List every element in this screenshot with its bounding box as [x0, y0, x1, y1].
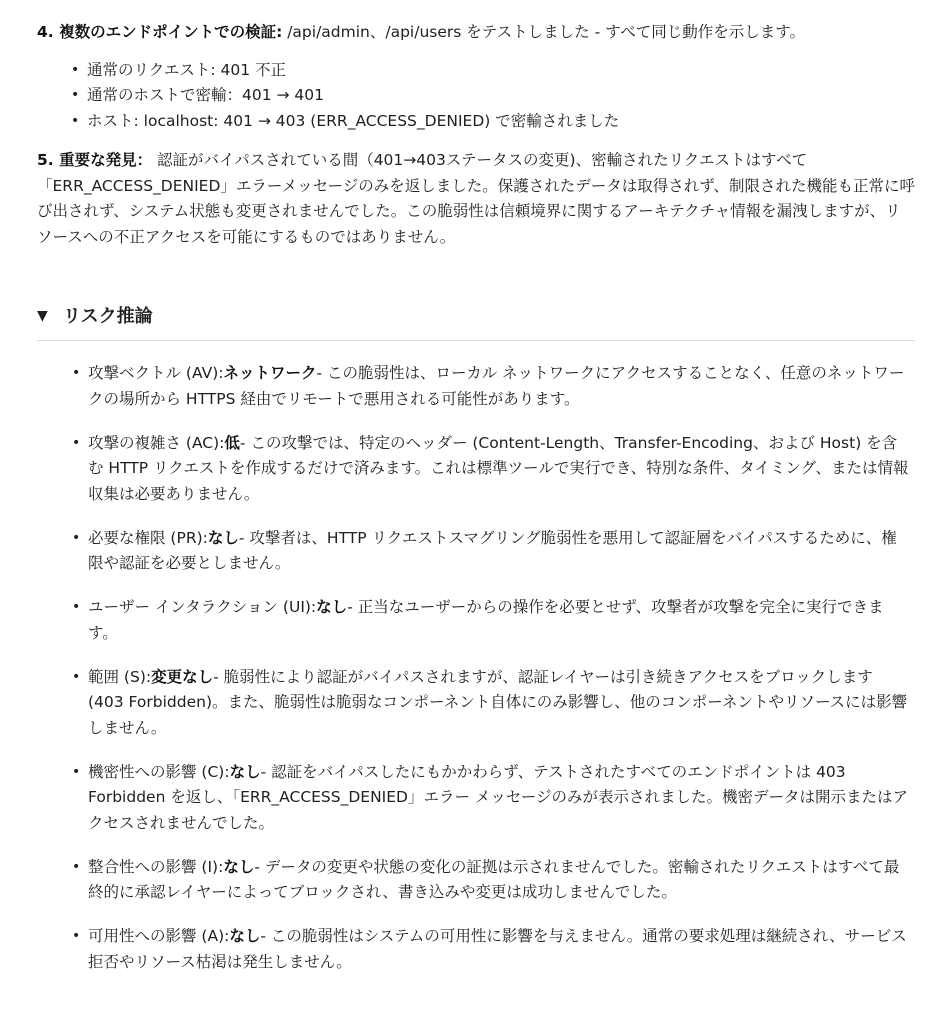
bullet-icon: •: [72, 855, 80, 881]
risk-item-scope: •範囲 (S):変更なし- 脆弱性により認証がバイパスされますが、認証レイヤーは…: [88, 665, 915, 742]
risk-label: 整合性への影響 (I):: [88, 858, 223, 876]
bullet-icon: •: [72, 924, 80, 950]
list-item-text: 通常のホストで密輸：401 → 401: [87, 86, 324, 104]
risk-reasoning-toggle[interactable]: ▼ リスク推論: [37, 302, 915, 332]
bullet-icon: •: [71, 83, 79, 109]
risk-reasoning-section: ▼ リスク推論 •攻撃ベクトル (AV):ネットワーク- この脆弱性は、ローカル…: [37, 302, 915, 975]
risk-item-privileges-required: •必要な権限 (PR):なし- 攻撃者は、HTTP リクエストスマグリング脆弱性…: [88, 526, 915, 577]
risk-list: •攻撃ベクトル (AV):ネットワーク- この脆弱性は、ローカル ネットワークに…: [37, 361, 915, 975]
risk-item-confidentiality: •機密性への影響 (C):なし- 認証をバイパスしたにもかかわらず、テストされた…: [88, 760, 915, 837]
list-item-text: ホスト: localhost: 401 → 403 (ERR_ACCESS_DE…: [87, 112, 619, 130]
bullet-icon: •: [72, 361, 80, 387]
list-item: •ホスト: localhost: 401 → 403 (ERR_ACCESS_D…: [87, 109, 915, 135]
risk-value: なし: [208, 529, 239, 547]
section-5-paragraph: 5. 重要な発見： 認証がバイパスされている間（401→403ステータスの変更)…: [37, 148, 915, 250]
risk-label: 範囲 (S):: [88, 668, 151, 686]
risk-label: ユーザー インタラクション (UI):: [88, 598, 316, 616]
section-4-list: •通常のリクエスト: 401 不正 •通常のホストで密輸：401 → 401 •…: [37, 58, 915, 135]
section-5-text: 認証がバイパスされている間（401→403ステータスの変更)、密輸されたリクエス…: [37, 151, 915, 246]
list-item: •通常のリクエスト: 401 不正: [87, 58, 915, 84]
risk-item-integrity: •整合性への影響 (I):なし- データの変更や状態の変化の証拠は示されませんで…: [88, 855, 915, 906]
bullet-icon: •: [71, 109, 79, 135]
section-4-text: /api/admin、/api/users をテストしました - すべて同じ動作…: [282, 23, 805, 41]
risk-value: ネットワーク: [223, 364, 316, 382]
bullet-icon: •: [71, 58, 79, 84]
risk-item-attack-complexity: •攻撃の複雑さ (AC):低- この攻撃では、特定のヘッダー (Content-…: [88, 431, 915, 508]
risk-label: 機密性への影響 (C):: [88, 763, 230, 781]
risk-value: なし: [229, 927, 260, 945]
risk-item-attack-vector: •攻撃ベクトル (AV):ネットワーク- この脆弱性は、ローカル ネットワークに…: [88, 361, 915, 412]
risk-value: なし: [223, 858, 254, 876]
bullet-icon: •: [72, 595, 80, 621]
risk-reasoning-title: リスク推論: [63, 304, 153, 330]
list-item-text: 通常のリクエスト: 401 不正: [87, 61, 286, 79]
disclosure-triangle-icon: ▼: [37, 304, 51, 330]
divider: [37, 340, 915, 341]
risk-label: 可用性への影響 (A):: [88, 927, 229, 945]
risk-item-availability: •可用性への影響 (A):なし- この脆弱性はシステムの可用性に影響を与えません…: [88, 924, 915, 975]
risk-value: なし: [230, 763, 261, 781]
bullet-icon: •: [72, 526, 80, 552]
risk-value: なし: [316, 598, 347, 616]
risk-value: 低: [224, 434, 240, 452]
risk-label: 必要な権限 (PR):: [88, 529, 208, 547]
bullet-icon: •: [72, 431, 80, 457]
section-5-heading: 5. 重要な発見：: [37, 151, 152, 169]
risk-label: 攻撃ベクトル (AV):: [88, 364, 223, 382]
risk-label: 攻撃の複雑さ (AC):: [88, 434, 224, 452]
section-4-heading: 4. 複数のエンドポイントでの検証:: [37, 23, 282, 41]
list-item: •通常のホストで密輸：401 → 401: [87, 83, 915, 109]
section-4-paragraph: 4. 複数のエンドポイントでの検証: /api/admin、/api/users…: [37, 20, 915, 46]
bullet-icon: •: [72, 665, 80, 691]
risk-item-user-interaction: •ユーザー インタラクション (UI):なし- 正当なユーザーからの操作を必要と…: [88, 595, 915, 646]
bullet-icon: •: [72, 760, 80, 786]
report-content: 4. 複数のエンドポイントでの検証: /api/admin、/api/users…: [0, 0, 939, 975]
risk-value: 変更なし: [151, 668, 213, 686]
